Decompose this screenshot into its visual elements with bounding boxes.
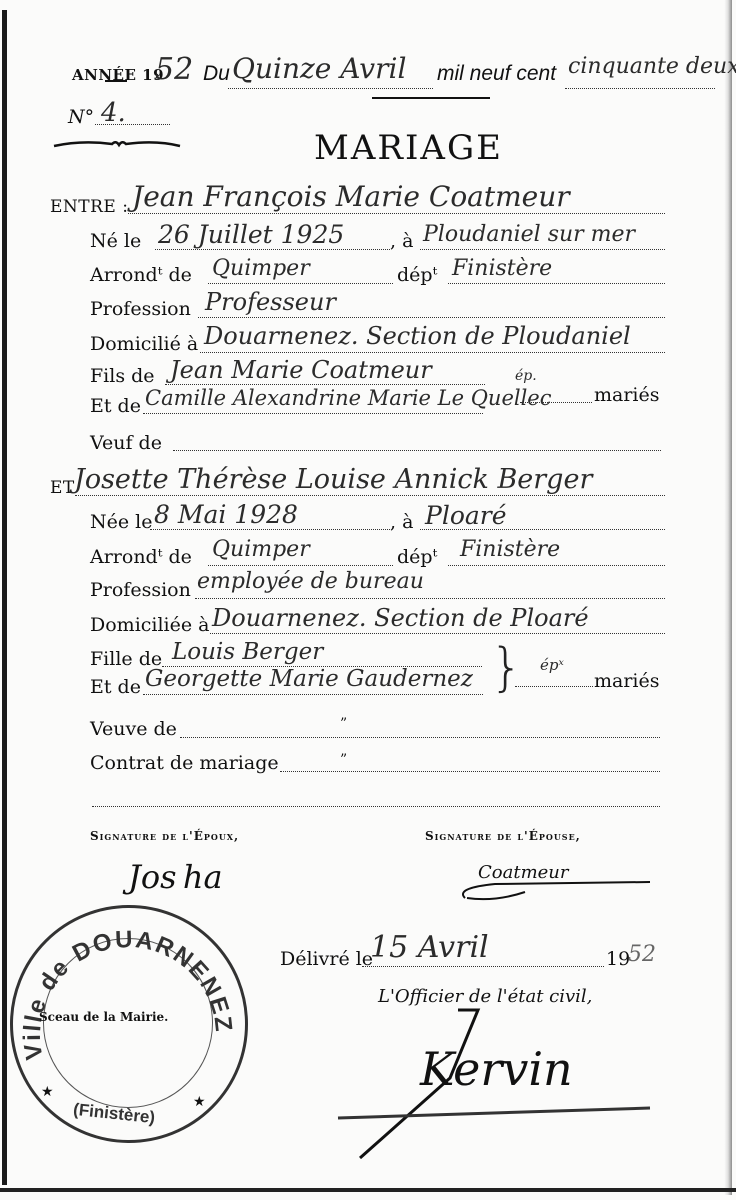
groom-name: Jean François Marie Coatmeur [132,180,570,213]
epoux-signature: Jos ha [128,858,223,896]
year-handwritten: 52 [155,52,193,87]
groom-profession-value: Professeur [205,288,336,316]
seal-center-label: Sceau de la Mairie. [39,1010,168,1024]
groom-born-date: 26 Juillet 1925 [158,220,344,249]
bride-parents-suffix: épˣ [540,656,564,674]
parents-brace: } [490,638,523,698]
divider [105,80,127,82]
delivery-label: Délivré le [280,948,373,970]
bride-et-de-label: Et de [90,676,141,698]
groom-maries-label: mariés [594,384,660,406]
groom-born-place-label: , à [390,230,413,252]
groom-father: Jean Marie Coatmeur [170,356,432,384]
groom-born-label: Né le [90,230,141,252]
bride-dept-value: Finistère [460,537,560,562]
epoux-signature-label: Signature de l'Époux, [90,829,239,843]
page-edge-bottom [0,1188,736,1192]
mil-neuf-cent-label: mil neuf cent [437,62,556,86]
bride-profession-value: employée de bureau [197,569,424,594]
groom-arrond-label: Arrondᵗ de [90,264,192,286]
entre-label: ENTRE : [50,197,128,217]
date-handwritten: Quinze Avril [232,52,406,85]
bride-born-place: Ploaré [425,501,507,530]
bride-veuve-label: Veuve de [90,718,177,740]
bride-maries-label: mariés [594,670,660,692]
groom-dept-label: dépᵗ [397,264,437,286]
groom-arrond-value: Quimper [212,256,310,281]
officer-label: L'Officier de l'état civil, [378,986,592,1007]
bride-profession-label: Profession [90,579,191,601]
groom-domicile-label: Domicilié à [90,333,198,355]
divider [372,97,490,99]
bride-dept-label: dépᵗ [397,546,437,568]
groom-father-suffix: ép. [515,368,537,384]
year-words-handwritten: cinquante deux [568,54,736,79]
marriage-certificate: ANNÉE 19 52 Du Quinze Avril mil neuf cen… [0,0,736,1200]
groom-mother: Camille Alexandrine Marie Le Quellec [145,386,552,410]
delivery-year-prefix: 19 [606,948,630,970]
du-label: Du [203,62,230,86]
bride-arrond-label: Arrondᵗ de [90,546,192,568]
document-title: MARIAGE [314,128,503,168]
officer-signature-strokes [330,1008,660,1168]
bride-domicile-label: Domiciliée à [90,614,210,636]
epouse-signature-label: Signature de l'Épouse, [425,829,581,843]
groom-veuf-label: Veuf de [90,432,162,454]
svg-text:Ville de DOUARNENEZ: Ville de DOUARNENEZ [19,926,237,1062]
seal-star-icon: ★ [193,1094,206,1110]
bride-born-place-label: , à [390,511,413,533]
groom-profession-label: Profession [90,298,191,320]
epouse-signature-flourish [455,868,655,908]
groom-fils-label: Fils de [90,365,155,387]
bride-veuve-value: ” [340,716,347,732]
contrat-value: ” [340,752,347,768]
bride-name: Josette Thérèse Louise Annick Berger [74,464,592,495]
bride-mother: Georgette Marie Gaudernez [145,666,473,692]
delivery-year-handwritten: 52 [628,942,656,967]
contrat-label: Contrat de mariage [90,752,279,774]
bride-father: Louis Berger [172,639,323,665]
page-edge-right [724,0,732,1195]
bride-arrond-value: Quimper [212,537,310,562]
groom-et-de-label: Et de [90,395,141,417]
groom-born-place: Ploudaniel sur mer [423,222,635,247]
bride-born-date: 8 Mai 1928 [154,500,298,529]
bride-born-label: Née le [90,511,152,533]
groom-dept-value: Finistère [452,256,552,281]
groom-domicile-value: Douarnenez. Section de Ploudaniel [204,322,631,350]
town-hall-seal: Ville de DOUARNENEZ (Finistère) Sceau de… [10,905,248,1143]
number-value: 4. [101,98,126,128]
seal-star-icon: ★ [41,1084,54,1100]
ornament-flourish [52,136,182,152]
delivery-date-handwritten: 15 Avril [370,930,489,965]
page-edge-left [2,10,7,1185]
number-label: N° [68,106,94,128]
et-label: ET [50,478,75,498]
bride-domicile-value: Douarnenez. Section de Ploaré [212,604,589,632]
